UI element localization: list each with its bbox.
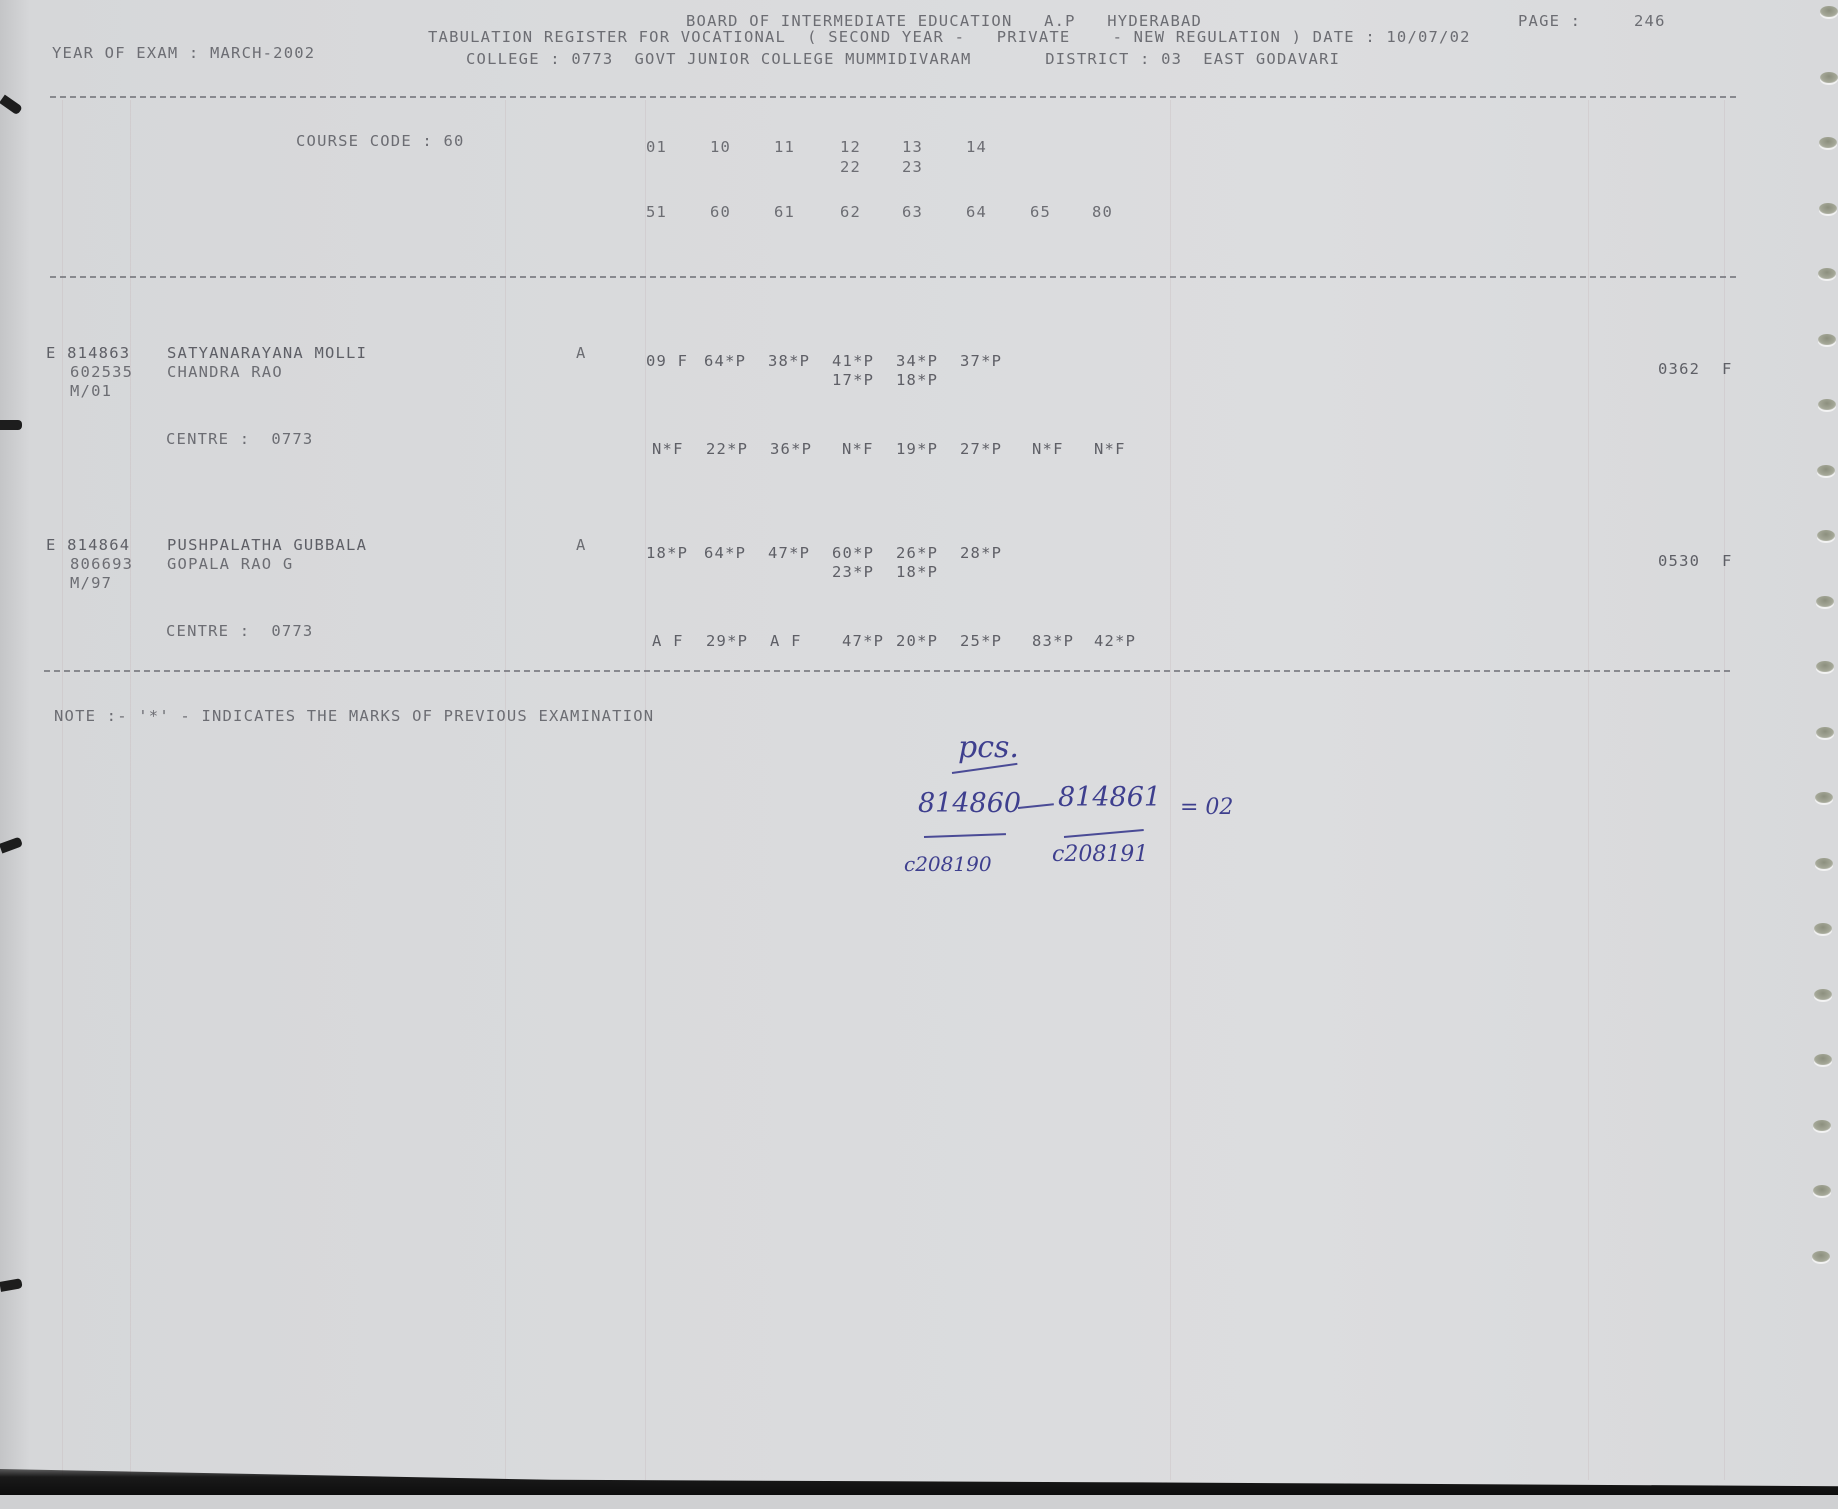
mark: N*F bbox=[842, 440, 874, 458]
mark: 23*P bbox=[832, 563, 874, 581]
mark: 36*P bbox=[770, 440, 812, 458]
mark: 27*P bbox=[960, 440, 1002, 458]
registration-number: 602535 bbox=[70, 363, 133, 381]
mark: 18*P bbox=[896, 371, 938, 389]
hand-count: = 02 bbox=[1180, 795, 1233, 820]
mark: A F bbox=[770, 632, 802, 650]
feed-hole-icon bbox=[1814, 923, 1832, 934]
mark: 18*P bbox=[646, 544, 688, 562]
ghost-rule bbox=[505, 100, 506, 1480]
subject-code: 23 bbox=[902, 158, 923, 176]
subject-code: 65 bbox=[1030, 203, 1051, 221]
category: A bbox=[576, 344, 587, 362]
gender-year: M/01 bbox=[70, 382, 112, 400]
mark: 47*P bbox=[842, 632, 884, 650]
feed-hole-icon bbox=[1815, 792, 1833, 803]
mark: 60*P bbox=[832, 544, 874, 562]
subject-code: 14 bbox=[966, 138, 987, 156]
subject-code: 01 bbox=[646, 138, 667, 156]
mark: 18*P bbox=[896, 563, 938, 581]
subject-code: 64 bbox=[966, 203, 987, 221]
ghost-rule bbox=[62, 100, 63, 1480]
feed-hole-icon bbox=[1819, 137, 1837, 148]
mark: 41*P bbox=[832, 352, 874, 370]
mark: 22*P bbox=[706, 440, 748, 458]
college-district: COLLEGE : 0773 GOVT JUNIOR COLLEGE MUMMI… bbox=[466, 50, 1340, 68]
total-marks: 0530 bbox=[1658, 552, 1700, 570]
ghost-rule bbox=[1588, 100, 1589, 1480]
ghost-rule bbox=[1724, 100, 1725, 1480]
subject-code: 51 bbox=[646, 203, 667, 221]
result: F bbox=[1722, 552, 1733, 570]
feed-hole-icon bbox=[1820, 72, 1838, 83]
binding-mark bbox=[0, 1278, 23, 1292]
mark: 17*P bbox=[832, 371, 874, 389]
ghost-rule bbox=[645, 100, 646, 1480]
underline bbox=[924, 833, 1006, 838]
subject-code: 63 bbox=[902, 203, 923, 221]
mark: 64*P bbox=[704, 352, 746, 370]
mark: A F bbox=[652, 632, 684, 650]
feed-hole-icon bbox=[1816, 661, 1834, 672]
feed-hole-icon bbox=[1818, 268, 1836, 279]
category: A bbox=[576, 536, 587, 554]
feed-hole-icon bbox=[1817, 530, 1835, 541]
underline bbox=[1064, 829, 1144, 838]
feed-hole-icon bbox=[1814, 989, 1832, 1000]
mark: 29*P bbox=[706, 632, 748, 650]
subject-code: 62 bbox=[840, 203, 861, 221]
mark: N*F bbox=[1094, 440, 1126, 458]
ghost-rule bbox=[1170, 100, 1171, 1480]
hall-ticket-number: E 814863 bbox=[46, 344, 130, 362]
register-title: TABULATION REGISTER FOR VOCATIONAL ( SEC… bbox=[428, 28, 1471, 46]
course-code: COURSE CODE : 60 bbox=[296, 132, 465, 150]
centre: CENTRE : 0773 bbox=[166, 622, 313, 640]
subject-code: 13 bbox=[902, 138, 923, 156]
subject-code: 22 bbox=[840, 158, 861, 176]
result: F bbox=[1722, 360, 1733, 378]
hand-label: pcs. bbox=[958, 730, 1019, 765]
mark: N*F bbox=[652, 440, 684, 458]
mark: 37*P bbox=[960, 352, 1002, 370]
mark: 19*P bbox=[896, 440, 938, 458]
year-of-exam: YEAR OF EXAM : MARCH-2002 bbox=[52, 44, 315, 62]
divider bbox=[50, 276, 1736, 278]
feed-hole-icon bbox=[1818, 334, 1836, 345]
feed-hole-icon bbox=[1818, 399, 1836, 410]
mark: 09 F bbox=[646, 352, 688, 370]
feed-hole-icon bbox=[1813, 1185, 1831, 1196]
feed-hole-icon bbox=[1820, 6, 1838, 17]
binding-mark bbox=[0, 837, 23, 854]
hand-range-to: 814861 bbox=[1058, 782, 1161, 813]
mark: N*F bbox=[1032, 440, 1064, 458]
mark: 38*P bbox=[768, 352, 810, 370]
binding-mark bbox=[0, 95, 23, 116]
mark: 83*P bbox=[1032, 632, 1074, 650]
father-name: CHANDRA RAO bbox=[167, 363, 283, 381]
mark: 34*P bbox=[896, 352, 938, 370]
subject-code: 12 bbox=[840, 138, 861, 156]
hand-sub-from: c208190 bbox=[904, 852, 992, 876]
subject-code: 60 bbox=[710, 203, 731, 221]
page-label: PAGE : bbox=[1518, 12, 1581, 30]
divider bbox=[44, 670, 1730, 672]
mark: 28*P bbox=[960, 544, 1002, 562]
subject-code: 10 bbox=[710, 138, 731, 156]
mark: 26*P bbox=[896, 544, 938, 562]
feed-hole-icon bbox=[1819, 203, 1837, 214]
candidate-name: PUSHPALATHA GUBBALA bbox=[167, 536, 367, 554]
registration-number: 806693 bbox=[70, 555, 133, 573]
mark: 25*P bbox=[960, 632, 1002, 650]
subject-code: 61 bbox=[774, 203, 795, 221]
feed-hole-icon bbox=[1816, 596, 1834, 607]
total-marks: 0362 bbox=[1658, 360, 1700, 378]
page-edge-shadow bbox=[0, 1455, 1838, 1495]
father-name: GOPALA RAO G bbox=[167, 555, 293, 573]
candidate-name: SATYANARAYANA MOLLI bbox=[167, 344, 367, 362]
mark: 20*P bbox=[896, 632, 938, 650]
feed-hole-icon bbox=[1814, 1054, 1832, 1065]
mark: 47*P bbox=[768, 544, 810, 562]
gender-year: M/97 bbox=[70, 574, 112, 592]
feed-hole-icon bbox=[1813, 1120, 1831, 1131]
mark: 64*P bbox=[704, 544, 746, 562]
feed-hole-icon bbox=[1812, 1251, 1830, 1262]
divider bbox=[50, 96, 1736, 98]
feed-hole-icon bbox=[1816, 727, 1834, 738]
centre: CENTRE : 0773 bbox=[166, 430, 313, 448]
hand-range-from: 814860 bbox=[918, 788, 1021, 819]
binding-mark bbox=[0, 420, 22, 430]
feed-hole-icon bbox=[1817, 465, 1835, 476]
page-number: 246 bbox=[1634, 12, 1666, 30]
hand-sub-to: c208191 bbox=[1052, 842, 1148, 867]
feed-hole-icon bbox=[1815, 858, 1833, 869]
footnote: NOTE :- '*' - INDICATES THE MARKS OF PRE… bbox=[54, 707, 654, 725]
hall-ticket-number: E 814864 bbox=[46, 536, 130, 554]
register-page: BOARD OF INTERMEDIATE EDUCATION A.P HYDE… bbox=[0, 0, 1838, 1495]
subject-code: 80 bbox=[1092, 203, 1113, 221]
ghost-rule bbox=[130, 100, 131, 1480]
mark: 42*P bbox=[1094, 632, 1136, 650]
subject-code: 11 bbox=[774, 138, 795, 156]
dash-stroke bbox=[1018, 803, 1054, 809]
